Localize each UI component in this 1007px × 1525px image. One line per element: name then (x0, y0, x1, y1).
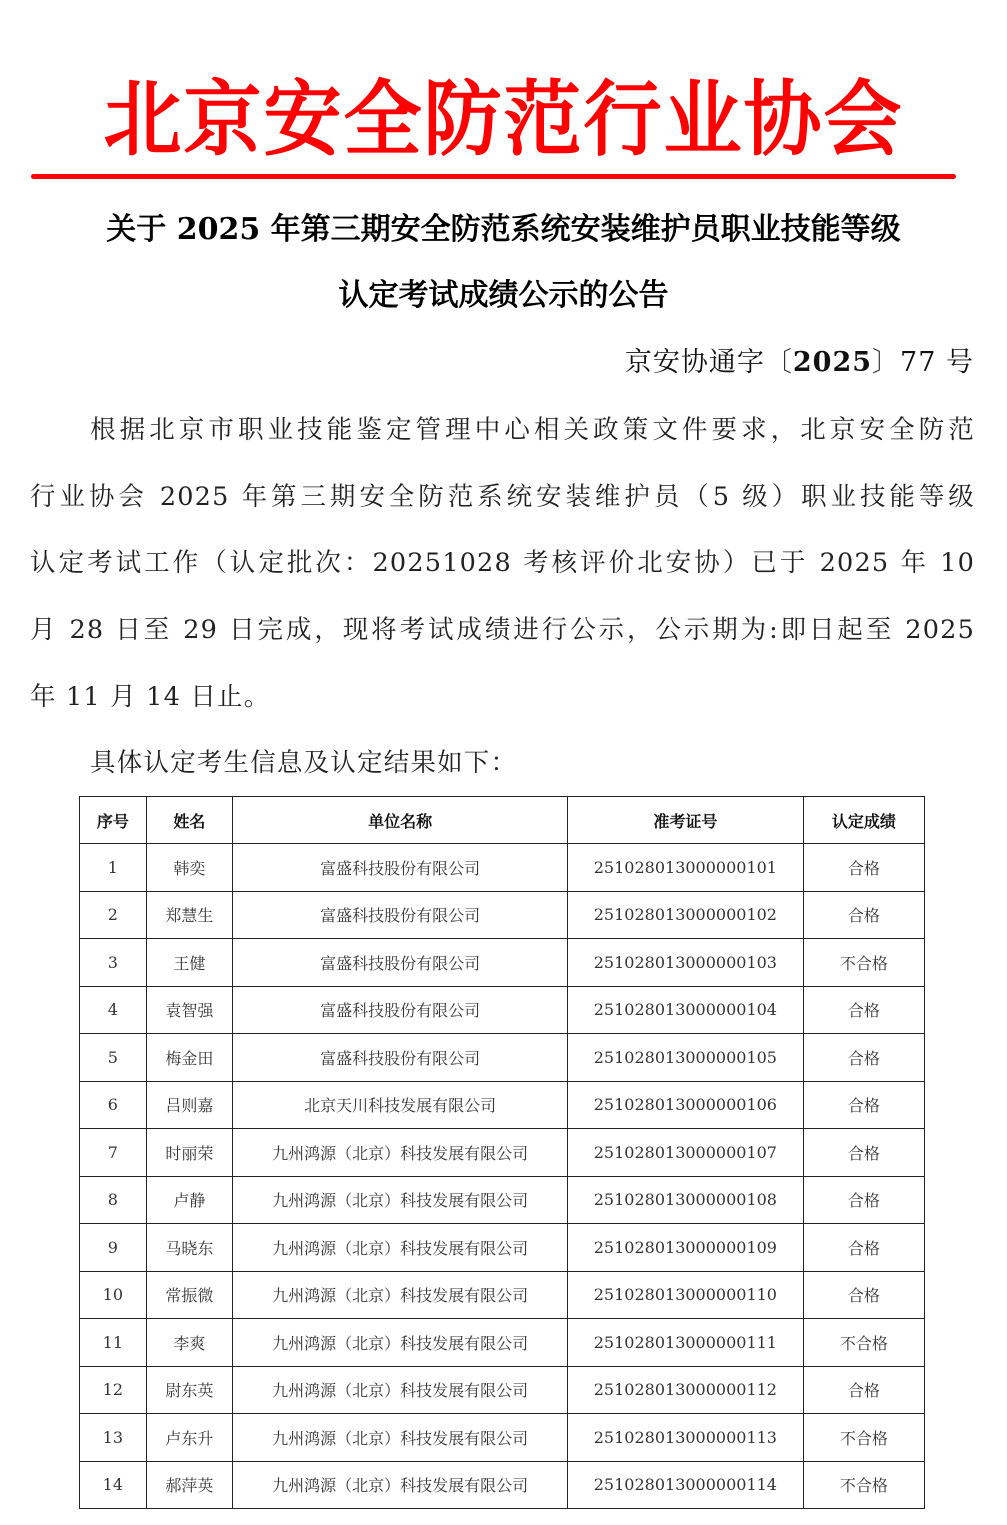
cell-organization: 富盛科技股份有限公司 (233, 1034, 568, 1082)
cell-organization: 九州鸿源（北京）科技发展有限公司 (233, 1271, 568, 1319)
cell-name: 袁智强 (146, 986, 233, 1034)
cell-name: 时丽荣 (146, 1129, 233, 1177)
table-row: 8卢静九州鸿源（北京）科技发展有限公司251028013000000108合格 (80, 1176, 925, 1224)
cell-number: 14 (80, 1461, 147, 1509)
cell-number: 13 (80, 1414, 147, 1462)
cell-result: 合格 (803, 891, 924, 939)
cell-organization: 富盛科技股份有限公司 (233, 986, 568, 1034)
table-row: 13卢东升九州鸿源（北京）科技发展有限公司251028013000000113不… (80, 1414, 925, 1462)
doc-number-suffix: 〕77 号 (872, 347, 974, 378)
cell-name: 郑慧生 (146, 891, 233, 939)
cell-number: 2 (80, 891, 147, 939)
table-row: 7时丽荣九州鸿源（北京）科技发展有限公司251028013000000107合格 (80, 1129, 925, 1177)
cell-admission-id: 251028013000000114 (568, 1461, 804, 1509)
body-paragraph-line: 月 28 日至 29 日完成，现将考试成绩进行公示，公示期为:即日起至 2025 (30, 610, 975, 646)
cell-number: 5 (80, 1034, 147, 1082)
cell-organization: 九州鸿源（北京）科技发展有限公司 (233, 1461, 568, 1509)
cell-admission-id: 251028013000000102 (568, 891, 804, 939)
cell-name: 卢东升 (146, 1414, 233, 1462)
cell-result: 合格 (803, 1034, 924, 1082)
cell-organization: 九州鸿源（北京）科技发展有限公司 (233, 1129, 568, 1177)
cell-number: 1 (80, 844, 147, 892)
cell-admission-id: 251028013000000110 (568, 1271, 804, 1319)
cell-number: 4 (80, 986, 147, 1034)
cell-organization: 九州鸿源（北京）科技发展有限公司 (233, 1319, 568, 1367)
cell-name: 李爽 (146, 1319, 233, 1367)
cell-result: 合格 (803, 844, 924, 892)
cell-admission-id: 251028013000000109 (568, 1224, 804, 1272)
cell-admission-id: 251028013000000111 (568, 1319, 804, 1367)
cell-admission-id: 251028013000000103 (568, 939, 804, 987)
table-row: 3王健富盛科技股份有限公司251028013000000103不合格 (80, 939, 925, 987)
cell-organization: 九州鸿源（北京）科技发展有限公司 (233, 1414, 568, 1462)
col-header-admission-id: 准考证号 (568, 797, 804, 844)
cell-admission-id: 251028013000000113 (568, 1414, 804, 1462)
table-row: 4袁智强富盛科技股份有限公司251028013000000104合格 (80, 986, 925, 1034)
body-paragraph-line: 年 11 月 14 日止。 (30, 677, 975, 713)
cell-name: 常振微 (146, 1271, 233, 1319)
red-divider-rule (31, 174, 956, 179)
cell-result: 合格 (803, 1224, 924, 1272)
cell-number: 3 (80, 939, 147, 987)
cell-result: 合格 (803, 1129, 924, 1177)
table-row: 12尉东英九州鸿源（北京）科技发展有限公司251028013000000112合… (80, 1366, 925, 1414)
cell-number: 9 (80, 1224, 147, 1272)
cell-organization: 富盛科技股份有限公司 (233, 891, 568, 939)
notice-title-line-2: 认定考试成绩公示的公告 (0, 270, 1007, 314)
cell-admission-id: 251028013000000107 (568, 1129, 804, 1177)
doc-number-prefix: 京安协通字〔 (625, 347, 793, 378)
cell-number: 7 (80, 1129, 147, 1177)
table-row: 2郑慧生富盛科技股份有限公司251028013000000102合格 (80, 891, 925, 939)
table-row: 1韩奕富盛科技股份有限公司251028013000000101合格 (80, 844, 925, 892)
notice-title-line-1: 关于 2025 年第三期安全防范系统安装维护员职业技能等级 (0, 204, 1007, 248)
table-row: 5梅金田富盛科技股份有限公司251028013000000105合格 (80, 1034, 925, 1082)
col-header-organization: 单位名称 (233, 797, 568, 844)
cell-organization: 富盛科技股份有限公司 (233, 939, 568, 987)
cell-number: 6 (80, 1081, 147, 1129)
cell-organization: 九州鸿源（北京）科技发展有限公司 (233, 1366, 568, 1414)
cell-result: 合格 (803, 986, 924, 1034)
cell-number: 8 (80, 1176, 147, 1224)
cell-name: 郝萍英 (146, 1461, 233, 1509)
cell-name: 王健 (146, 939, 233, 987)
cell-result: 合格 (803, 1081, 924, 1129)
table-row: 9马晓东九州鸿源（北京）科技发展有限公司251028013000000109合格 (80, 1224, 925, 1272)
cell-name: 马晓东 (146, 1224, 233, 1272)
cell-result: 合格 (803, 1176, 924, 1224)
cell-number: 11 (80, 1319, 147, 1367)
cell-name: 梅金田 (146, 1034, 233, 1082)
cell-admission-id: 251028013000000112 (568, 1366, 804, 1414)
cell-result: 合格 (803, 1366, 924, 1414)
table-row: 10常振微九州鸿源（北京）科技发展有限公司251028013000000110合… (80, 1271, 925, 1319)
cell-admission-id: 251028013000000105 (568, 1034, 804, 1082)
cell-name: 韩奕 (146, 844, 233, 892)
cell-number: 10 (80, 1271, 147, 1319)
document-number: 京安协通字〔2025〕77 号 (625, 340, 974, 379)
doc-number-year: 2025 (793, 347, 872, 378)
cell-result: 不合格 (803, 939, 924, 987)
results-table: 序号 姓名 单位名称 准考证号 认定成绩 1韩奕富盛科技股份有限公司251028… (79, 796, 925, 1509)
cell-result: 不合格 (803, 1414, 924, 1462)
cell-result: 不合格 (803, 1461, 924, 1509)
cell-organization: 北京天川科技发展有限公司 (233, 1081, 568, 1129)
col-header-number: 序号 (80, 797, 147, 844)
cell-number: 12 (80, 1366, 147, 1414)
table-row: 11李爽九州鸿源（北京）科技发展有限公司251028013000000111不合… (80, 1319, 925, 1367)
cell-admission-id: 251028013000000101 (568, 844, 804, 892)
table-body: 1韩奕富盛科技股份有限公司251028013000000101合格2郑慧生富盛科… (80, 844, 925, 1509)
table-row: 6吕则嘉北京天川科技发展有限公司251028013000000106合格 (80, 1081, 925, 1129)
cell-organization: 九州鸿源（北京）科技发展有限公司 (233, 1176, 568, 1224)
cell-organization: 富盛科技股份有限公司 (233, 844, 568, 892)
col-header-result: 认定成绩 (803, 797, 924, 844)
cell-admission-id: 251028013000000104 (568, 986, 804, 1034)
table-row: 14郝萍英九州鸿源（北京）科技发展有限公司251028013000000114不… (80, 1461, 925, 1509)
cell-name: 卢静 (146, 1176, 233, 1224)
body-paragraph-line: 认定考试工作（认定批次：20251028 考核评价北安协）已于 2025 年 1… (30, 543, 975, 579)
col-header-name: 姓名 (146, 797, 233, 844)
cell-name: 吕则嘉 (146, 1081, 233, 1129)
cell-result: 不合格 (803, 1319, 924, 1367)
cell-admission-id: 251028013000000108 (568, 1176, 804, 1224)
organization-masthead: 北京安全防范行业协会 (0, 70, 1007, 171)
body-paragraph-line: 根据北京市职业技能鉴定管理中心相关政策文件要求，北京安全防范 (90, 410, 975, 446)
cell-name: 尉东英 (146, 1366, 233, 1414)
results-intro: 具体认定考生信息及认定结果如下： (90, 743, 975, 779)
cell-admission-id: 251028013000000106 (568, 1081, 804, 1129)
body-paragraph-line: 行业协会 2025 年第三期安全防范系统安装维护员（5 级）职业技能等级 (30, 477, 975, 513)
cell-result: 合格 (803, 1271, 924, 1319)
cell-organization: 九州鸿源（北京）科技发展有限公司 (233, 1224, 568, 1272)
table-header-row: 序号 姓名 单位名称 准考证号 认定成绩 (80, 797, 925, 844)
